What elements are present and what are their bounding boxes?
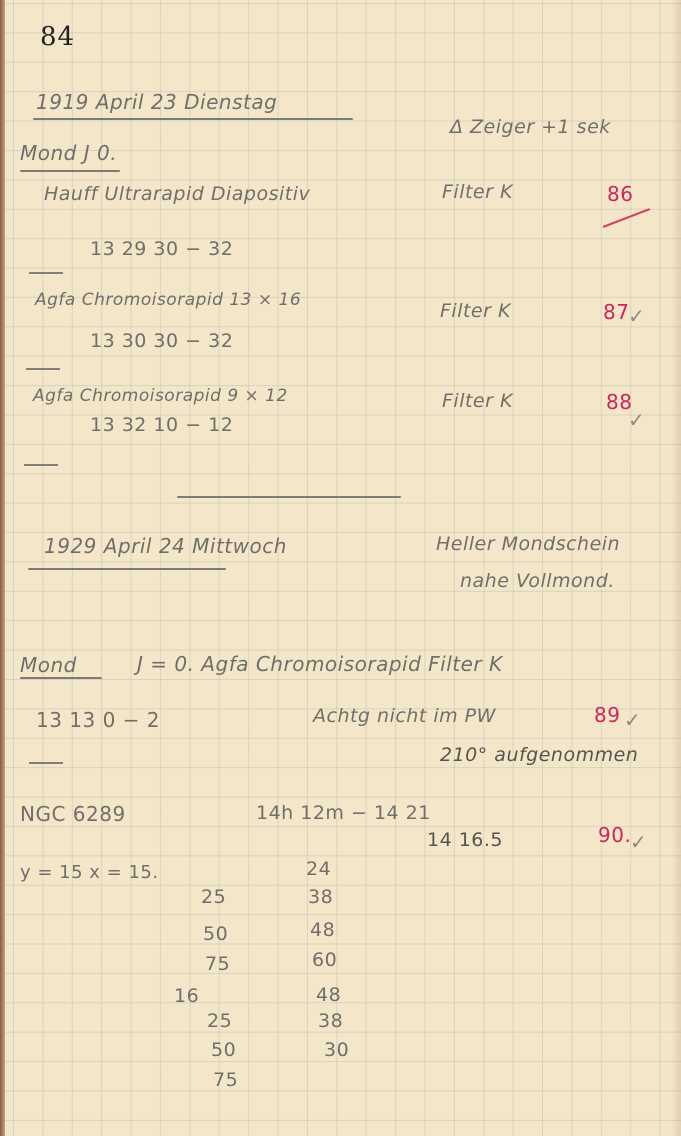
exposure-86-filter: Filter K: [442, 181, 513, 203]
measurement-value: 30: [324, 1039, 349, 1061]
page-binding-edge: [0, 0, 5, 1136]
entry1-subject-underline: [20, 170, 120, 172]
exposure-89-number: 89: [594, 703, 620, 727]
measurement-value: 38: [318, 1010, 343, 1032]
object-mid-time: 14 16.5: [427, 829, 503, 851]
exposure-87-check-mark: ✓: [628, 304, 645, 328]
entry2-subject-underline: [20, 677, 102, 679]
exposure-86-plate: Hauff Ultrarapid Diapositiv: [44, 183, 310, 205]
separator-dash: [26, 368, 60, 370]
measurement-value: 48: [310, 919, 335, 941]
measurement-y: 16: [174, 985, 199, 1007]
entry-divider-line: [177, 496, 401, 498]
measurement-x: 25: [207, 1010, 232, 1032]
measurement-x: 50: [203, 923, 228, 945]
entry1-date-line: 1919 April 23 Dienstag: [36, 90, 277, 114]
separator-dash: [24, 464, 58, 466]
exposure-86-time: 13 29 30 − 32: [90, 238, 233, 260]
entry2-date-underline: [28, 568, 226, 570]
object-name: NGC 6289: [20, 802, 126, 826]
exposure-86-number: 86: [607, 182, 633, 206]
exposure-89-check-mark: ✓: [624, 708, 641, 732]
entry1-subject: Mond J 0.: [20, 141, 117, 165]
entry2-date-line: 1929 April 24 Mittwoch: [44, 534, 287, 558]
exposure-88-filter: Filter K: [442, 390, 513, 412]
object-check-mark: ✓: [630, 830, 647, 854]
page-right-edge: [671, 0, 681, 1136]
object-plate-number: 90.: [598, 823, 631, 847]
exposure-89-note: Achtg nicht im PW: [313, 705, 496, 727]
exposure-87-plate: Agfa Chromoisorapid 13 × 16: [35, 290, 301, 310]
exposure-87-filter: Filter K: [440, 300, 511, 322]
exposure-87-number: 87: [603, 300, 629, 324]
entry2-subject: Mond: [20, 653, 77, 677]
object-time-range: 14h 12m − 14 21: [256, 802, 431, 824]
measurement-value: 60: [312, 949, 337, 971]
exposure-88-plate: Agfa Chromoisorapid 9 × 12: [33, 386, 288, 406]
entry1-date-underline: [33, 118, 353, 120]
measurement-value: 48: [316, 984, 341, 1006]
measurement-x: 25: [201, 886, 226, 908]
measurement-header: y = 15 x = 15.: [20, 862, 159, 883]
entry2-subject-details: J = 0. Agfa Chromoisorapid Filter K: [137, 652, 503, 676]
separator-dash: [29, 272, 63, 274]
exposure-89-time: 13 13 0 − 2: [36, 708, 160, 732]
entry2-note-moonlight: Heller Mondschein: [436, 533, 620, 555]
measurement-value: 24: [306, 858, 331, 880]
entry1-note-clock-correction: Δ Zeiger +1 sek: [450, 116, 611, 138]
exposure-89-orientation-note: 210° aufgenommen: [440, 744, 638, 766]
measurement-x: 75: [213, 1069, 238, 1091]
page-number: 84: [40, 22, 75, 52]
exposure-88-check-mark: ✓: [628, 408, 645, 432]
measurement-x: 50: [211, 1039, 236, 1061]
exposure-88-time: 13 32 10 − 12: [90, 414, 233, 436]
entry2-note-full-moon: nahe Vollmond.: [460, 570, 615, 592]
exposure-86-strike-mark: [603, 208, 650, 227]
measurement-value: 38: [308, 886, 333, 908]
exposure-87-time: 13 30 30 − 32: [90, 330, 233, 352]
notebook-page: 84 1919 April 23 Dienstag Δ Zeiger +1 se…: [0, 0, 681, 1136]
measurement-x: 75: [205, 953, 230, 975]
separator-dash: [29, 762, 63, 764]
